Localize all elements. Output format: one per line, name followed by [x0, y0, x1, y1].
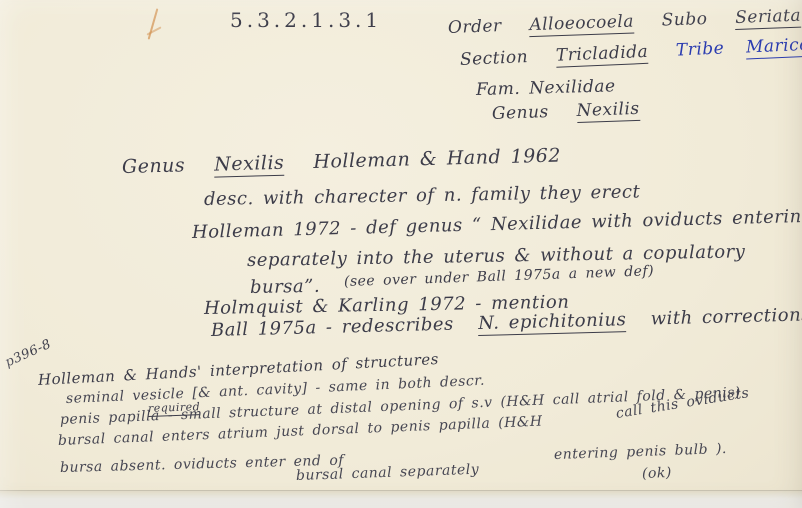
- body-holleman-line3: bursa”.: [250, 276, 320, 298]
- ball-line-suffix: with corrections on: [650, 303, 802, 329]
- classification-family-line: Fam. Nexilidae: [476, 76, 616, 100]
- classification-genus-line: Genus Nexilis: [492, 99, 640, 124]
- suborder-name: Seriata: [735, 6, 802, 30]
- heading-authority: Holleman & Hand 1962: [313, 145, 561, 173]
- call-number: 5.3.2.1.3.1: [230, 8, 382, 32]
- classification-order-line: Order Alloeocoela Subo Seriata: [448, 6, 802, 38]
- body-desc-line: desc. with charecter of n. family they e…: [204, 181, 641, 210]
- heading-genus-name: Nexilis: [214, 152, 285, 178]
- body-genus-heading: Genus Nexilis Holleman & Hand 1962: [122, 145, 562, 178]
- notes-ok-note: (ok): [642, 465, 672, 482]
- scan-edge: [0, 490, 802, 508]
- order-label: Order: [448, 16, 502, 38]
- classification-section-line: Section Tricladida Tribe Maricola ?: [460, 33, 802, 70]
- order-name: Alloeocoela: [529, 12, 634, 38]
- section-name: Tricladida: [555, 42, 648, 68]
- family-name: Fam. Nexilidae: [476, 76, 616, 100]
- suborder-label: Subo: [661, 9, 707, 31]
- notes-bursal-line2: entering penis bulb ).: [554, 441, 727, 463]
- section-label: Section: [460, 47, 529, 70]
- heading-genus-label: Genus: [122, 154, 186, 178]
- index-card: 5.3.2.1.3.1 Order Alloeocoela Subo Seria…: [0, 0, 802, 508]
- ball-line-taxon: N. epichitonius: [478, 309, 627, 336]
- margin-page-note: p396-8: [3, 337, 54, 371]
- genus-name: Nexilis: [576, 99, 640, 123]
- body-holleman-line2: separately into the uterus & without a c…: [247, 241, 746, 271]
- tribe-label: Tribe: [676, 38, 725, 60]
- genus-label: Genus: [492, 102, 549, 124]
- body-holleman-line: Holleman 1972 - def genus “ Nexilidae wi…: [192, 206, 802, 243]
- tribe-name: Maricola: [746, 34, 802, 59]
